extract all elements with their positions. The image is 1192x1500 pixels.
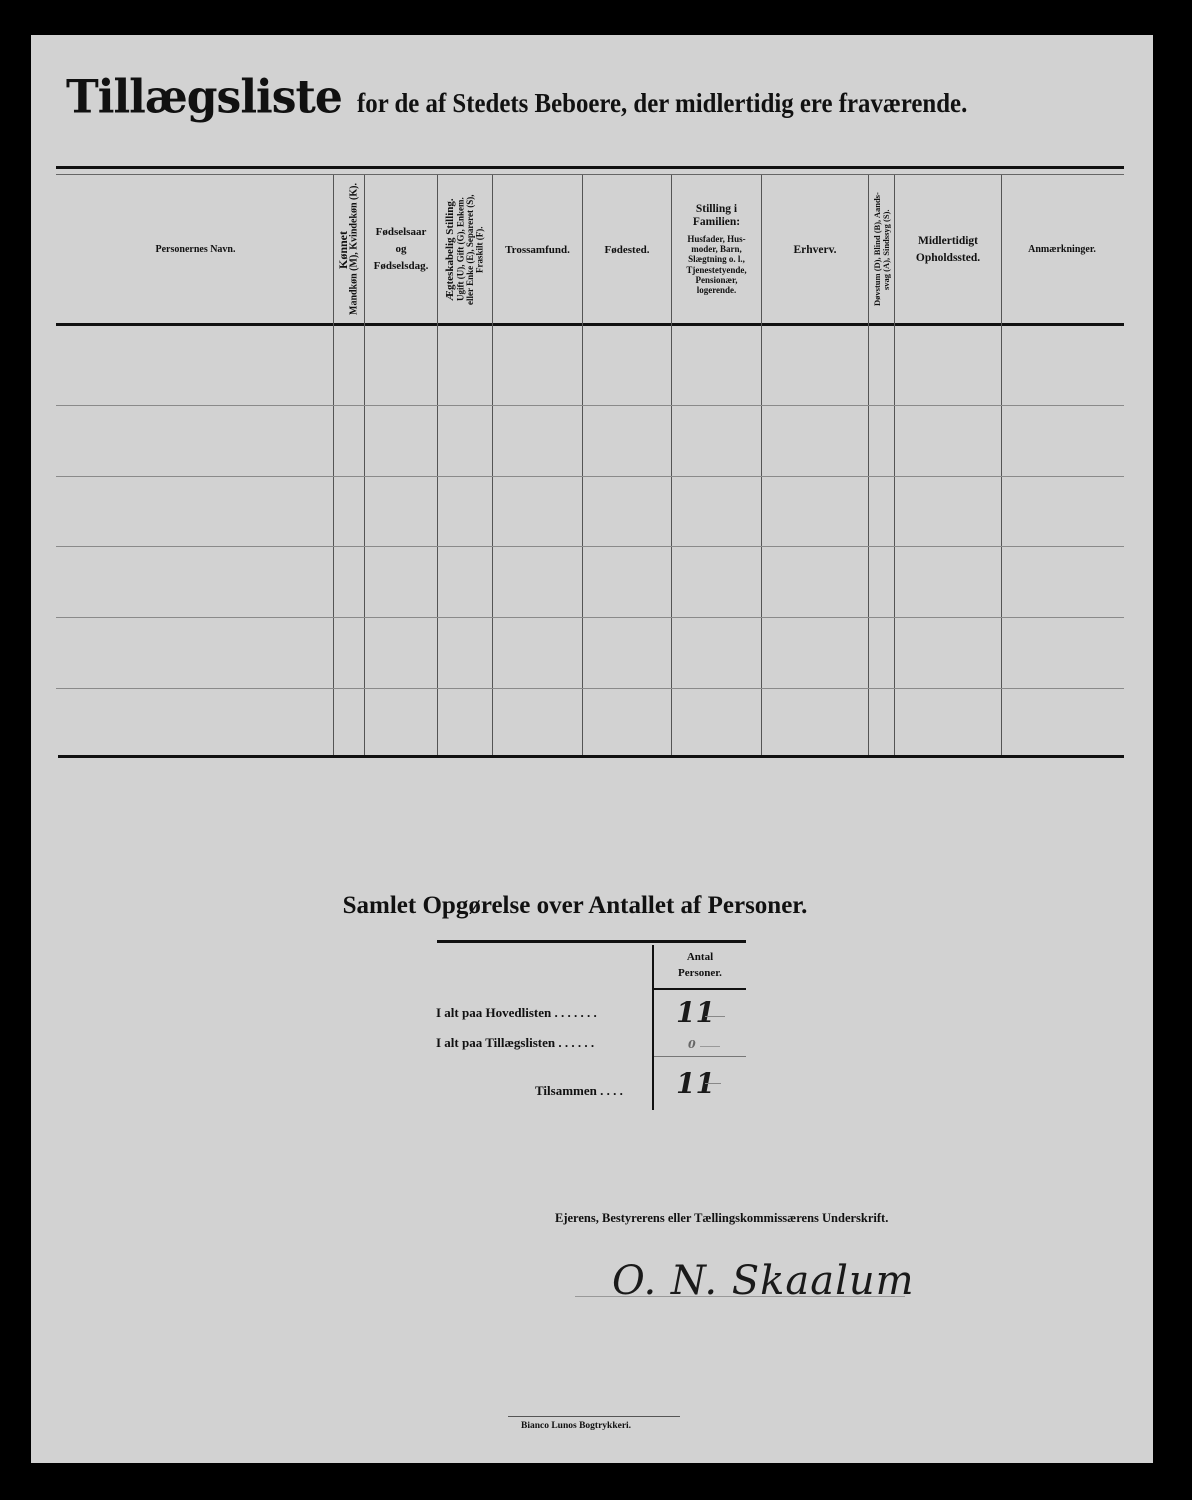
title-emphasis: fraværende. — [839, 88, 968, 118]
summary-header-rule — [654, 988, 746, 990]
table-bottom-rule — [58, 755, 1124, 758]
table-row — [56, 476, 1124, 477]
signature-caption: Ejerens, Bestyrerens eller Tællingskommi… — [555, 1211, 888, 1226]
table-row — [56, 688, 1124, 689]
summary-value-hovedlisten: 11 — [676, 996, 715, 1029]
header-fodselsaar: Fødselsaar og Fødselsdag. — [365, 176, 437, 323]
header-dovstum-blind: Døvstum (D), Blind (B), Aands- svag (A),… — [869, 176, 894, 323]
printer-imprint: Bianco Lunos Bogtrykkeri. — [521, 1421, 631, 1431]
dash-mark — [700, 1046, 720, 1047]
summary-column-header: Antal Personer. — [655, 947, 745, 985]
header-trossamfund: Trossamfund. — [493, 176, 582, 323]
dash-mark — [705, 1083, 721, 1084]
header-bottom-rule — [56, 323, 1124, 326]
header-aegteskabelig-stilling: Ægteskabelig Stilling. Ugift (U), Gift (… — [438, 176, 492, 323]
summary-label-tillaegslisten: I alt paa Tillægslisten . . . . . . — [436, 1035, 594, 1051]
dash-mark — [705, 1016, 725, 1017]
title-main: Tillægsliste — [66, 71, 342, 125]
header-stilling-i-familien: Stilling i Familien: Husfader, Hus- mode… — [672, 176, 761, 323]
header-personernes-navn: Personernes Navn. — [58, 176, 333, 323]
table-top-rule — [56, 166, 1124, 169]
table-row — [56, 617, 1124, 618]
table-row — [56, 546, 1124, 547]
table-top-rule-thin — [56, 174, 1124, 175]
header-erhverv: Erhverv. — [762, 176, 868, 323]
header-anmaerkninger: Anmærkninger. — [1002, 176, 1122, 323]
summary-label-hovedlisten: I alt paa Hovedlisten . . . . . . . — [436, 1005, 597, 1021]
printer-rule — [508, 1416, 680, 1417]
signature: O. N. Skaalum — [612, 1258, 915, 1304]
summary-value-tillaegslisten: 0 — [688, 1038, 696, 1051]
header-kjonnet: Kønnet Mandkøn (M), Kvindekøn (K). — [334, 176, 364, 323]
summary-total-rule — [654, 1056, 746, 1057]
summary-label-tilsammen: Tilsammen . . . . — [535, 1083, 623, 1099]
summary-top-rule — [437, 940, 746, 943]
header-midlertidigt-opholdssted: Midlertidigt Opholdssted. — [895, 176, 1001, 323]
table-row — [56, 405, 1124, 406]
signature-line — [575, 1296, 905, 1297]
form-title: Tillægsliste for de af Stedets Beboere, … — [66, 72, 1066, 132]
header-fodested: Fødested. — [583, 176, 671, 323]
summary-title: Samlet Opgørelse over Antallet af Person… — [275, 892, 875, 920]
summary-divider — [652, 945, 654, 1110]
title-subtitle: for de af Stedets Beboere, der midlertid… — [357, 88, 833, 118]
